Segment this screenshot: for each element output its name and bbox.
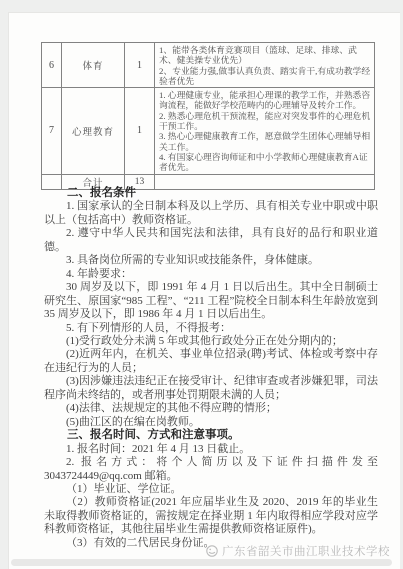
paragraph: 30 周岁及以下，即 1991 年 4 月 1 日以后出生。其中全日制硕士研究生… [44,281,378,321]
headcount-cell: 1 [125,43,155,88]
paragraph: (1)受行政处分未满 5 年或其他行政处分正在处分期内的； [44,335,378,348]
paragraph: 3. 具备岗位所需的专业知识或技能条件，身体健康。 [44,254,378,267]
paragraph: (4)法律、法规规定的其他不得应聘的情形； [44,402,378,415]
paragraph: （2）教师资格证(2021 年应届毕业生及 2020、2019 年的毕业生未取得… [44,496,378,536]
school-logo-icon [205,544,219,558]
subject-cell: 心理教育 [62,88,125,174]
school-watermark: 广东省韶关市曲江职业技术学校 [205,543,390,559]
headcount-cell: 1 [125,88,155,174]
document-page: 6 体育 1 1、能带各类体育竞赛项目（篮球、足球、排球、武术、健美操专业优先）… [8,12,400,569]
paragraph: (5)曲江区的在编在岗教师。 [44,416,378,429]
bottom-divider-bar [11,559,392,566]
positions-table: 6 体育 1 1、能带各类体育竞赛项目（篮球、足球、排球、武术、健美操专业优先）… [41,42,375,190]
paragraph: 5. 有下列情形的人员，不得报考： [44,322,378,335]
section-heading-registration: 三、报名时间、方式和注意事项。 [44,429,378,442]
row-number-cell: 7 [42,88,62,174]
paragraph: 2. 遵守中华人民共和国宪法和法律，具有良好的品行和职业道德。 [44,227,378,254]
paragraph: 4. 年龄要求： [44,268,378,281]
requirements-cell: 1. 心理健康专业，能承担心理课的教学工作，并熟悉咨询流程，能做好学校范畴内的心… [155,88,375,174]
scanned-document-screenshot: 6 体育 1 1、能带各类体育竞赛项目（篮球、足球、排球、武术、健美操专业优先）… [0,0,403,569]
paragraph: 2. 报名方式：将个人简历以及下证件扫描件发至 3043724449@qq.co… [44,456,378,483]
paragraph: (3)因涉嫌违法违纪正在接受审计、纪律审查或者涉嫌犯罪，司法程序尚未终结的，或者… [44,375,378,402]
paragraph: （1）毕业证、学位证。 [44,483,378,496]
table-row-sport: 6 体育 1 1、能带各类体育竞赛项目（篮球、足球、排球、武术、健美操专业优先）… [42,43,375,88]
paragraph: 1. 报名时间：2021 年 4 月 13 日截止。 [44,443,378,456]
subject-cell: 体育 [62,43,125,88]
document-body-text: 二、报名条件 1. 国家承认的全日制本科及以上学历、具有相关专业中职或中职以上（… [44,187,378,550]
section-heading-conditions: 二、报名条件 [44,187,378,200]
row-number-cell: 6 [42,43,62,88]
paragraph: (2)近两年内，在机关、事业单位招录(聘)考试、体检或考察中存在违纪行为的人员； [44,348,378,375]
paragraph: 1. 国家承认的全日制本科及以上学历、具有相关专业中职或中职以上（包括高中）教师… [44,200,378,227]
watermark-text: 广东省韶关市曲江职业技术学校 [222,543,390,559]
requirements-cell: 1、能带各类体育竞赛项目（篮球、足球、排球、武术、健美操专业优先） 2、专业能力… [155,43,375,88]
table-row-psychology: 7 心理教育 1 1. 心理健康专业，能承担心理课的教学工作，并熟悉咨询流程，能… [42,88,375,174]
